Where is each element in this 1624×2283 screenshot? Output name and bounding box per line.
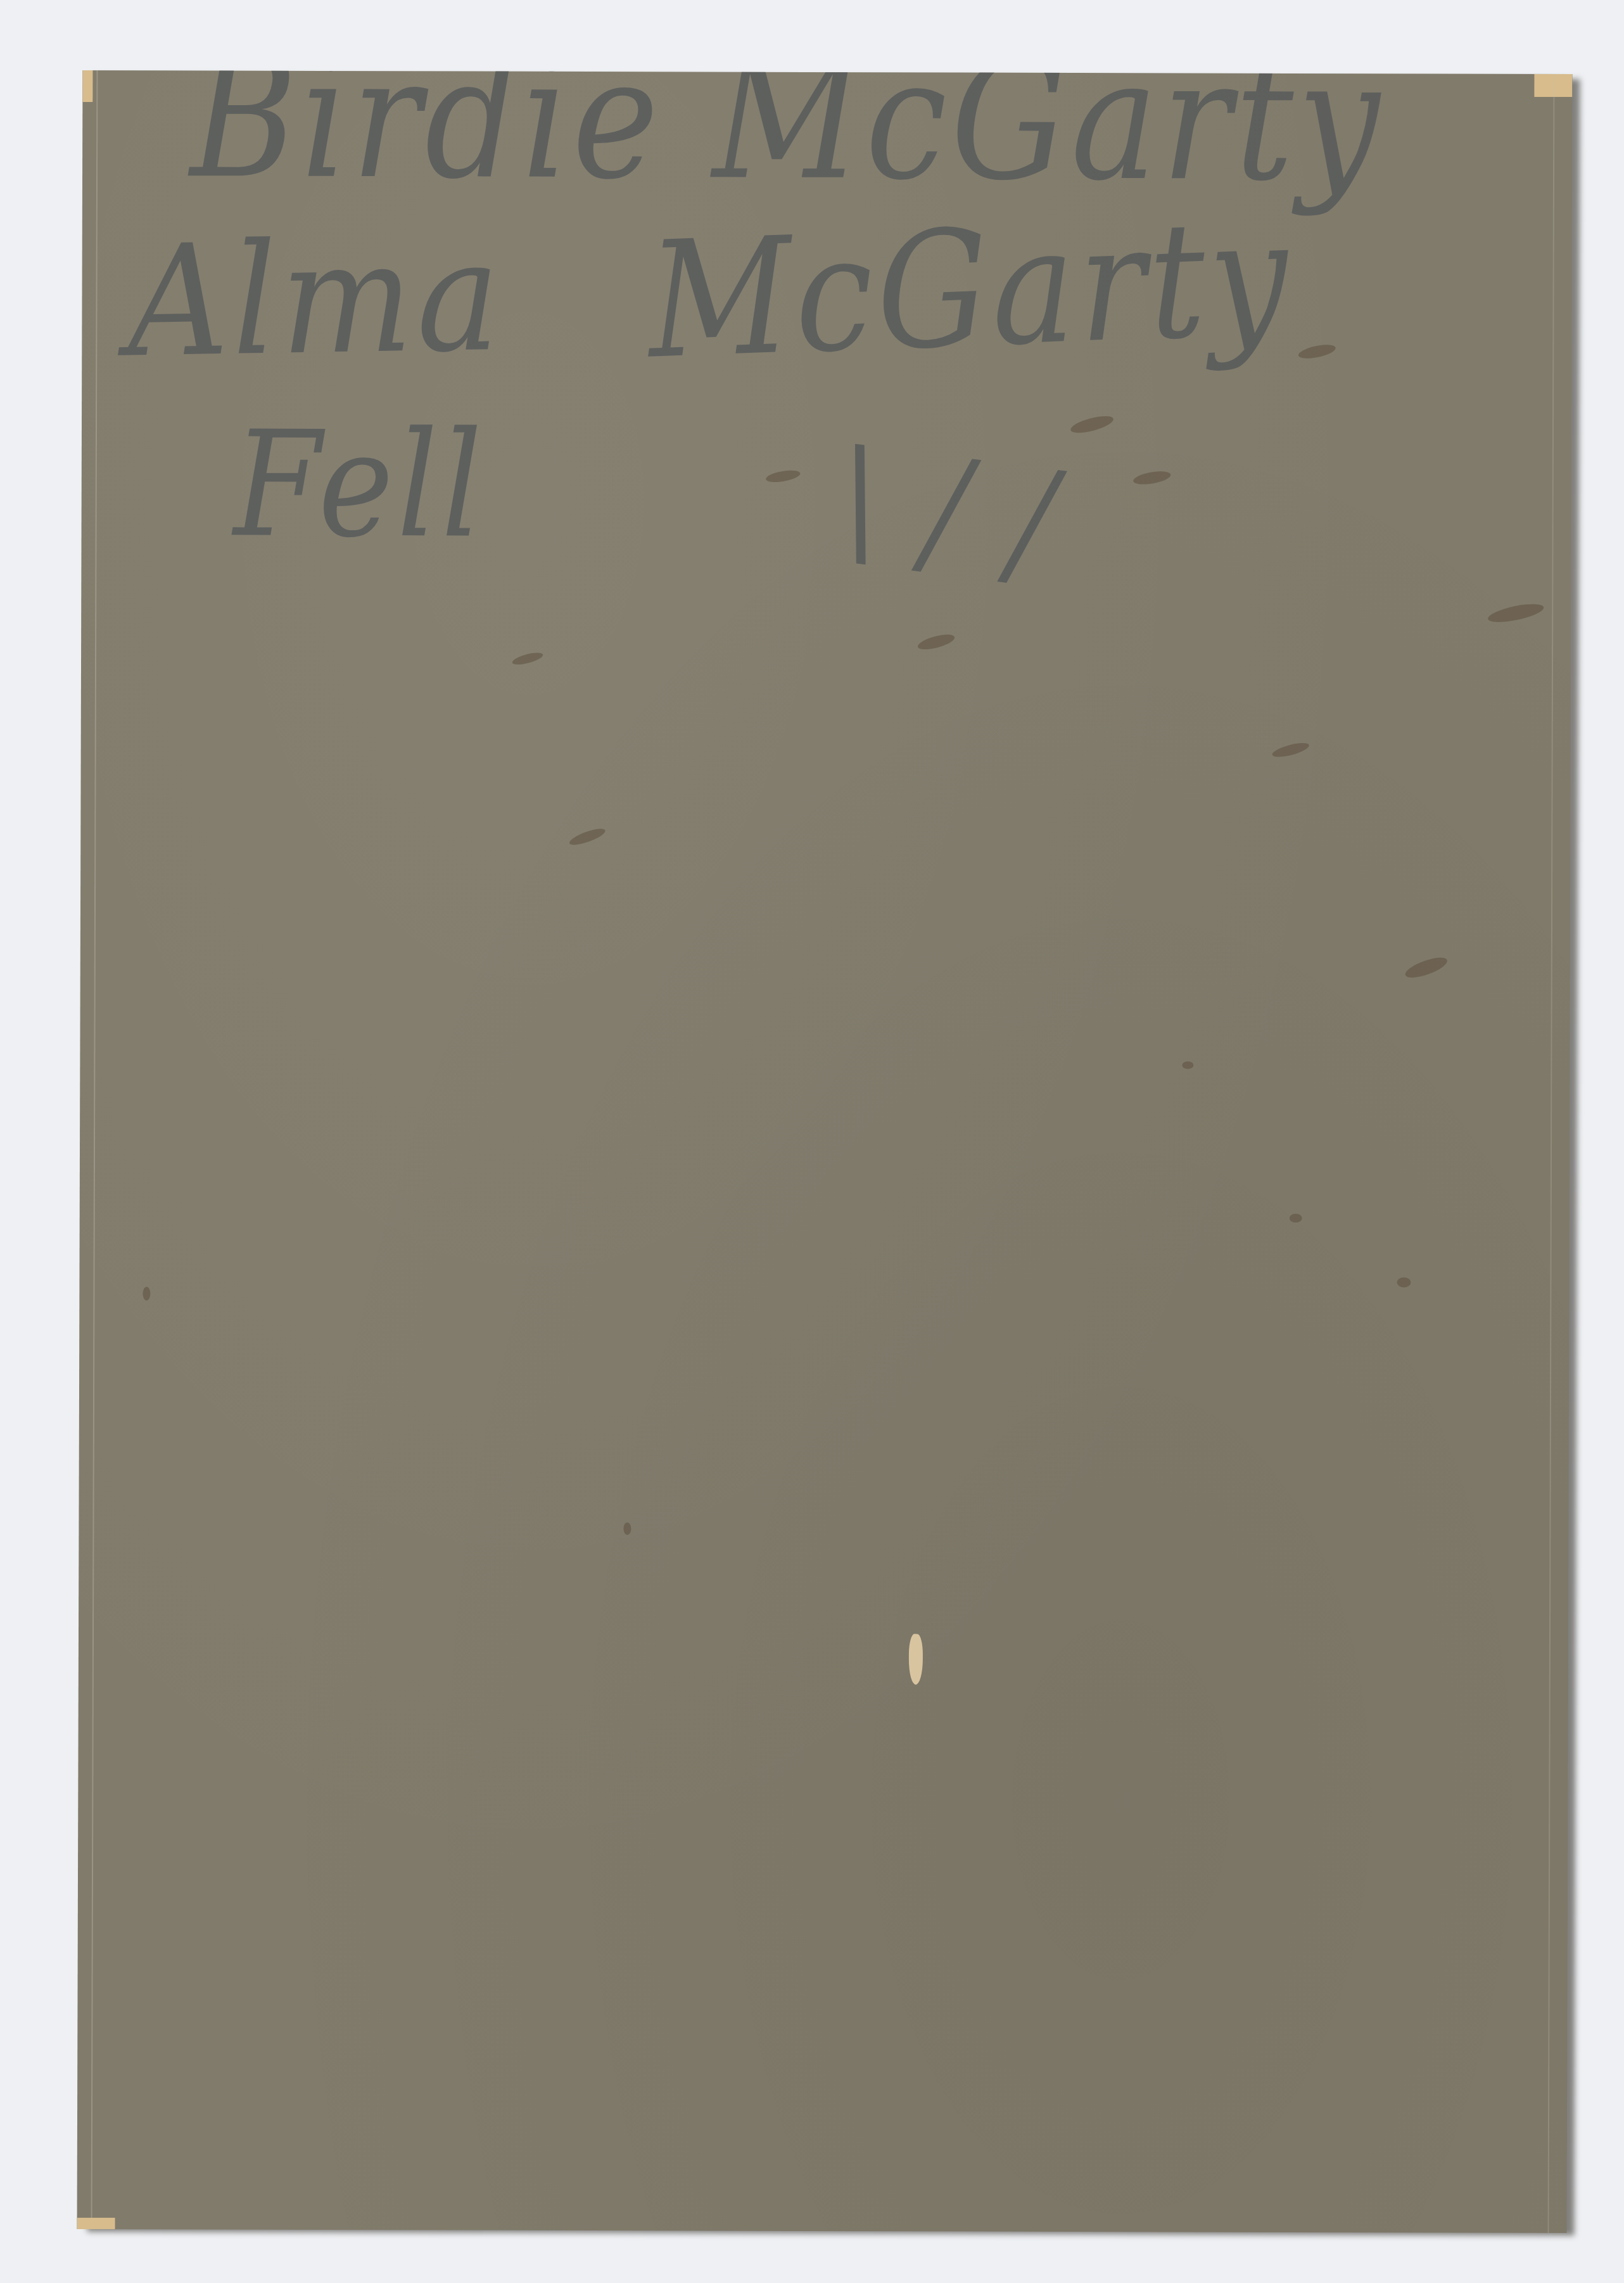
stain-mark bbox=[143, 1287, 150, 1300]
stain-mark bbox=[623, 1522, 631, 1535]
corner-wear-top-left bbox=[82, 70, 92, 102]
stain-mark bbox=[1403, 953, 1449, 981]
corner-wear-top-right bbox=[1534, 74, 1572, 97]
stain-mark bbox=[1182, 1061, 1193, 1069]
stain-mark bbox=[1069, 412, 1115, 436]
stain-mark bbox=[1487, 601, 1545, 626]
inscription-tick-marks: \ / / bbox=[833, 414, 1064, 609]
stain-mark bbox=[511, 651, 544, 667]
inscription-surname-mcgarty: McGarty bbox=[646, 184, 1294, 394]
stain-mark bbox=[1397, 1277, 1411, 1287]
corner-wear-bottom-left bbox=[77, 2218, 115, 2229]
stain-mark bbox=[1132, 469, 1172, 486]
inscription-first-name-alma: Alma bbox=[127, 207, 505, 391]
stain-mark bbox=[568, 825, 607, 848]
inscription-fell: Fell bbox=[233, 400, 486, 571]
stain-mark bbox=[1297, 342, 1336, 361]
stain-mark bbox=[917, 632, 956, 652]
stain-mark bbox=[1271, 741, 1310, 760]
photo-card-back: Birdie McGarty Alma McGarty Fell \ / / bbox=[77, 70, 1573, 2233]
stain-mark bbox=[765, 468, 801, 484]
stain-mark bbox=[1290, 1214, 1302, 1223]
paper-tear bbox=[909, 1634, 923, 1684]
